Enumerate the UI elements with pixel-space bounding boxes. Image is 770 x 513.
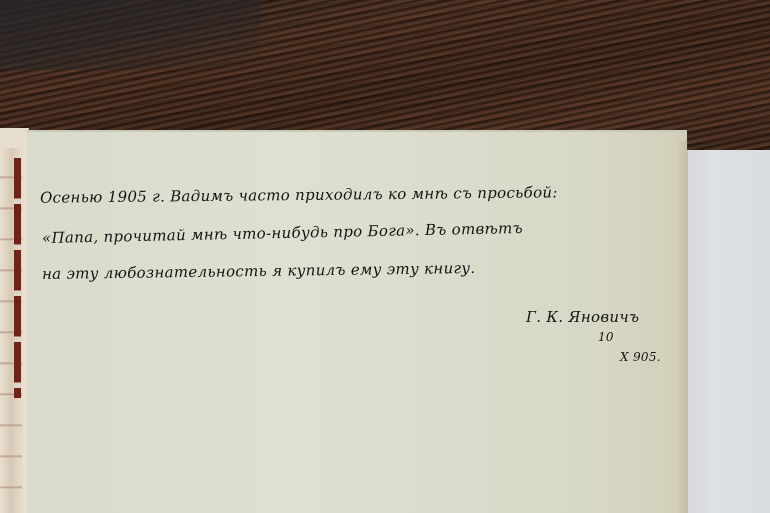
signature-date-day: 10 [598, 330, 614, 344]
decorative-border-bar [14, 158, 21, 398]
wooden-table-shadow [0, 0, 260, 70]
signature-date-month-year: X 905. [620, 350, 661, 364]
right-page [687, 150, 770, 513]
signature: Г. К. Яновичъ [526, 308, 639, 326]
